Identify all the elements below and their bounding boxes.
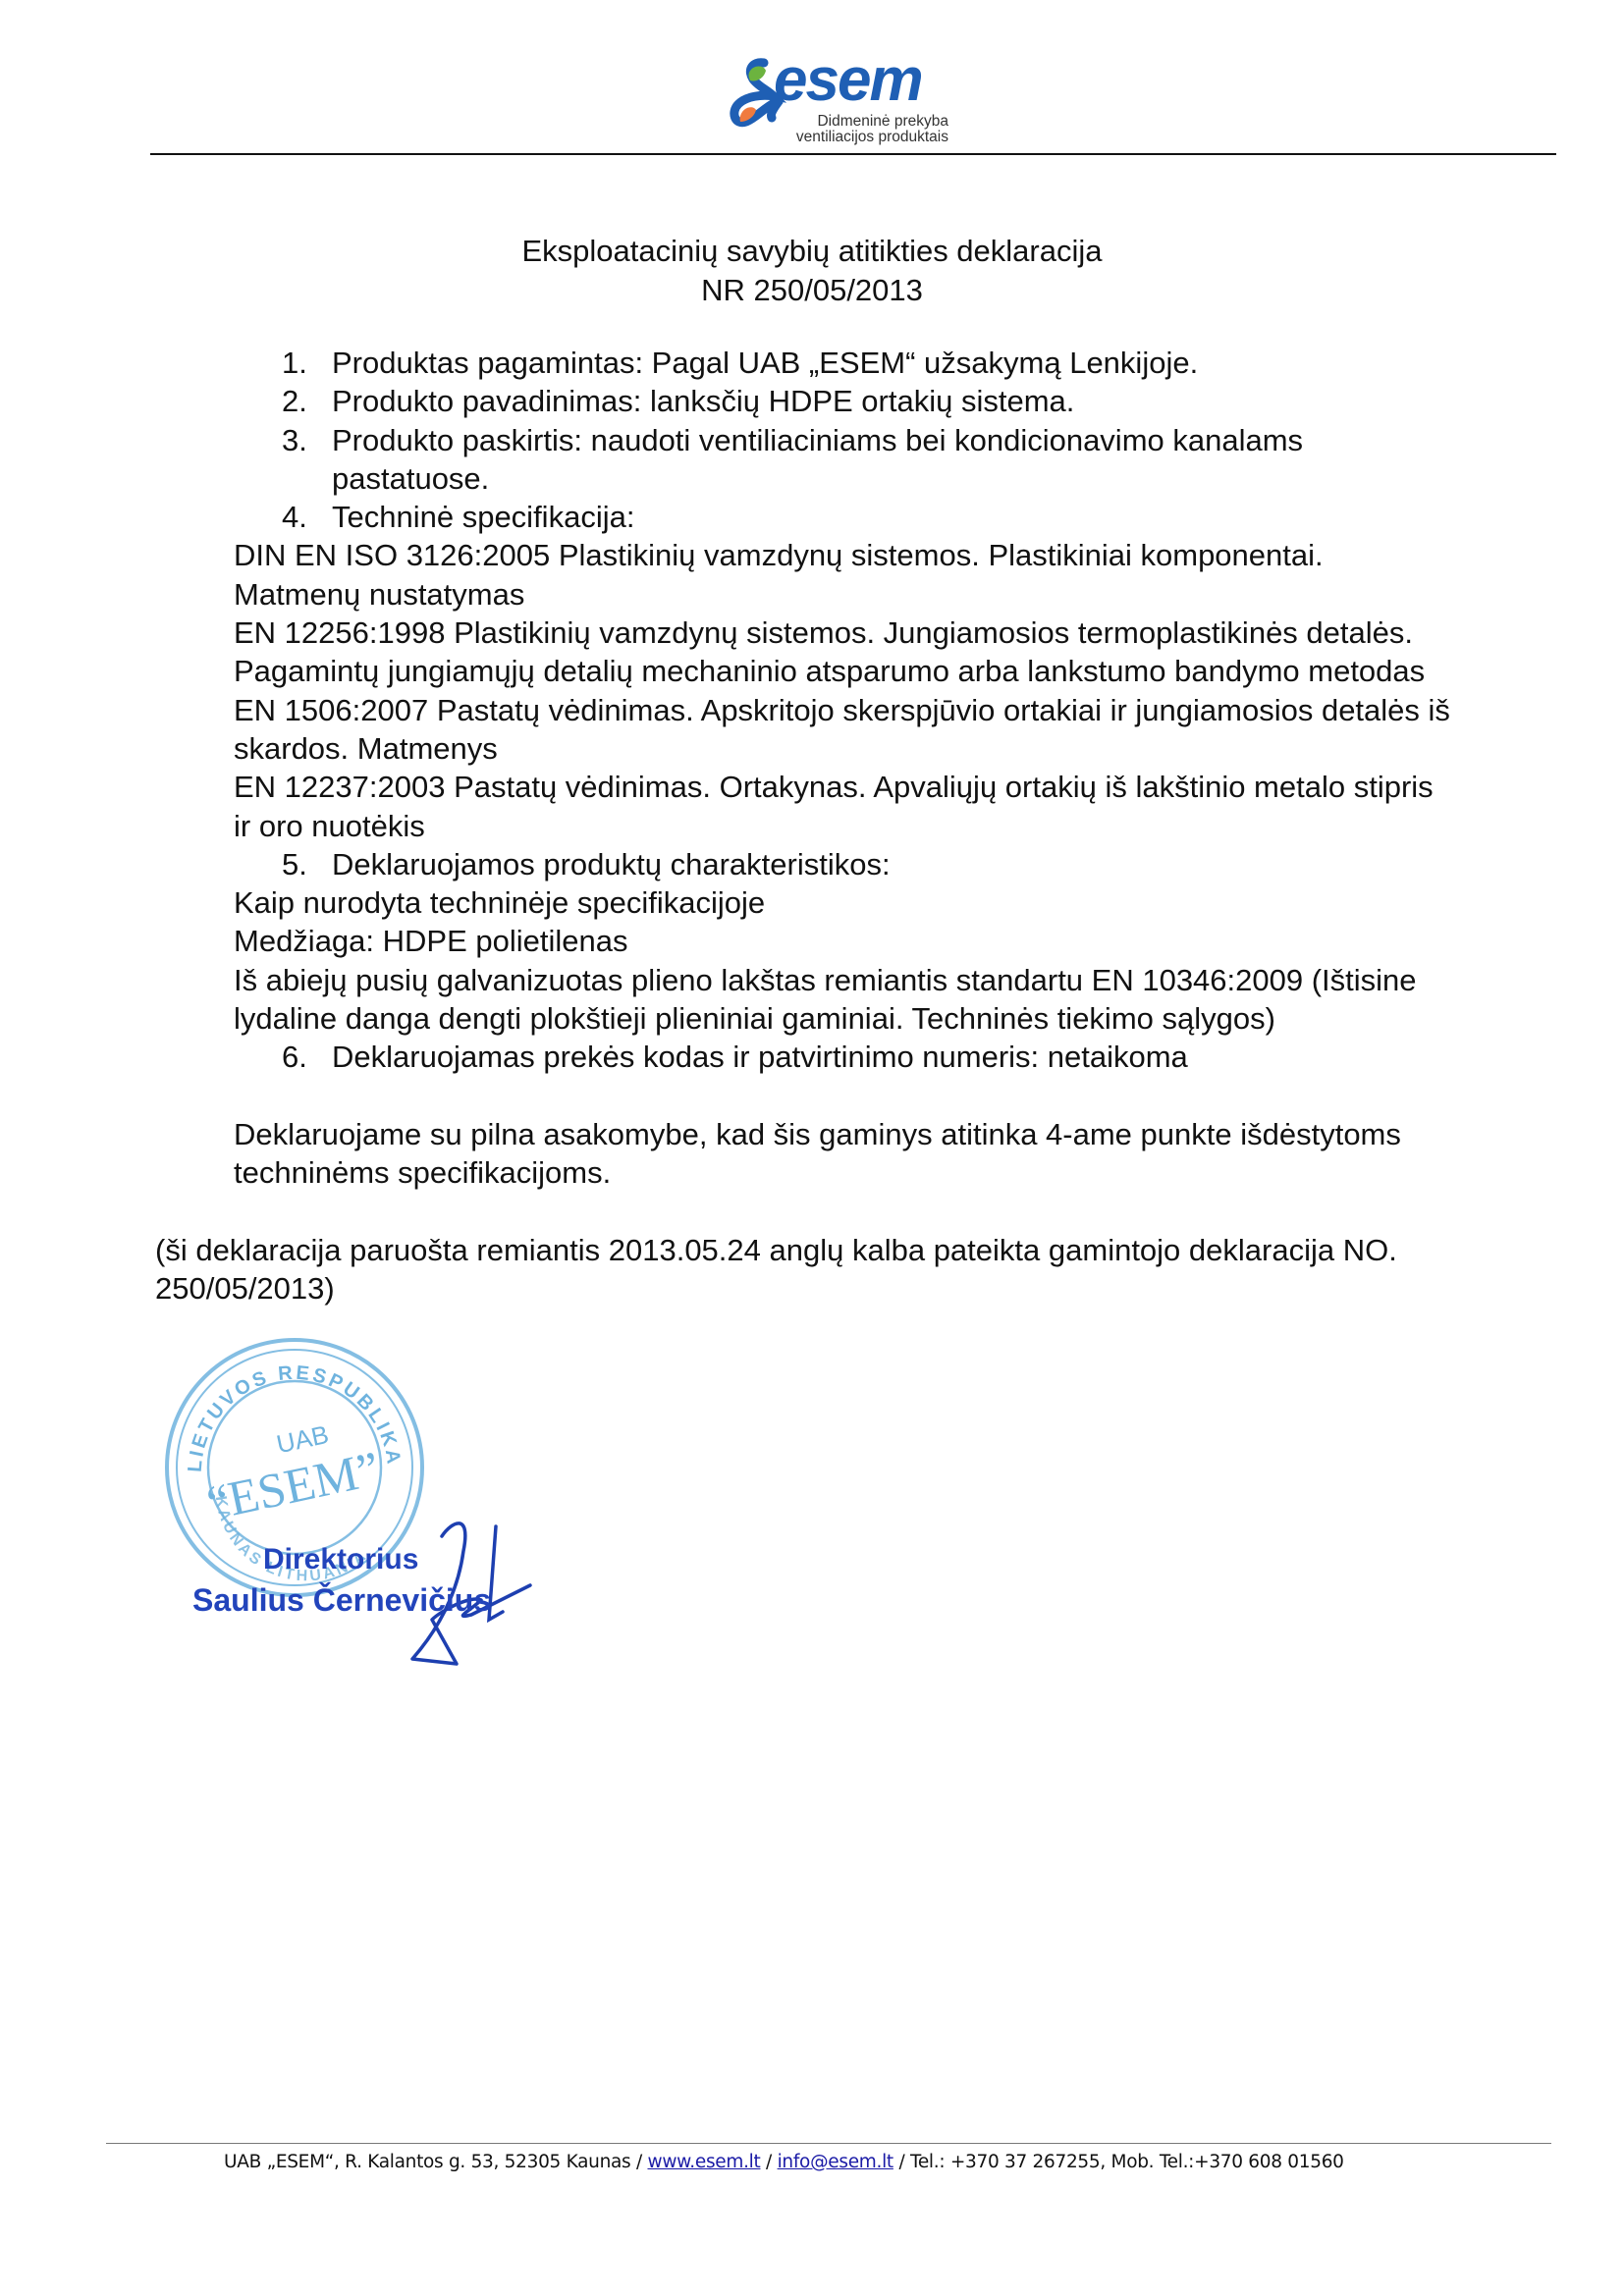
spec-line: EN 12256:1998 Plastikinių vamzdynų siste… — [0, 614, 1624, 652]
spec-text: EN 12237:2003 Pastatų vėdinimas. Ortakyn… — [234, 768, 1434, 806]
list-item-1: 1. Produktas pagamintas: Pagal UAB „ESEM… — [0, 344, 1624, 382]
spec-line: EN 1506:2007 Pastatų vėdinimas. Apskrito… — [0, 691, 1624, 729]
list-number: 4. — [282, 498, 307, 536]
spacer — [0, 1077, 1624, 1115]
declaration-line: Deklaruojame su pilna asakomybe, kad šis… — [0, 1115, 1624, 1153]
list-text: Techninė specifikacija: — [332, 498, 634, 536]
spec-line: DIN EN ISO 3126:2005 Plastikinių vamzdyn… — [0, 536, 1624, 574]
logo-tagline-line1: Didmeninė prekyba — [796, 114, 948, 130]
list-text: Deklaruojamas prekės kodas ir patvirtini… — [332, 1038, 1188, 1076]
logo-tagline: Didmeninė prekyba ventiliacijos produkta… — [796, 114, 948, 145]
header-divider — [150, 153, 1556, 155]
spec-line: EN 12237:2003 Pastatų vėdinimas. Ortakyn… — [0, 768, 1624, 806]
declaration-text: Deklaruojame su pilna asakomybe, kad šis… — [234, 1115, 1401, 1153]
note-line: 250/05/2013) — [0, 1269, 1624, 1308]
note-text: 250/05/2013) — [155, 1269, 335, 1308]
list-item-2: 2. Produkto pavadinimas: lanksčių HDPE o… — [0, 382, 1624, 420]
spec-text: Pagamintų jungiamųjų detalių mechaninio … — [234, 652, 1425, 690]
list-number: 2. — [282, 382, 307, 420]
characteristic-line: Kaip nurodyta techninėje specifikacijoje — [0, 883, 1624, 922]
footer-phones: / Tel.: +370 37 267255, Mob. Tel.:+370 6… — [893, 2152, 1344, 2172]
email-link[interactable]: info@esem.lt — [778, 2152, 893, 2172]
company-logo: esem Didmeninė prekyba ventiliacijos pro… — [725, 57, 960, 147]
document-title: Eksploatacinių savybių atitikties deklar… — [0, 232, 1624, 271]
list-text: pastatuose. — [332, 459, 489, 498]
document-number: NR 250/05/2013 — [0, 271, 1624, 310]
footer-contact: UAB „ESEM“, R. Kalantos g. 53, 52305 Kau… — [224, 2152, 1344, 2172]
characteristic-text: Kaip nurodyta techninėje specifikacijoje — [234, 883, 765, 922]
footer-separator: / — [760, 2152, 777, 2172]
list-item-3-continued: pastatuose. — [0, 459, 1624, 498]
spec-line: ir oro nuotėkis — [0, 807, 1624, 845]
list-item-6: 6. Deklaruojamas prekės kodas ir patvirt… — [0, 1038, 1624, 1076]
spec-text: Matmenų nustatymas — [234, 575, 524, 614]
spec-line: Pagamintų jungiamųjų detalių mechaninio … — [0, 652, 1624, 690]
spec-text: EN 1506:2007 Pastatų vėdinimas. Apskrito… — [234, 691, 1450, 729]
spec-text: DIN EN ISO 3126:2005 Plastikinių vamzdyn… — [234, 536, 1324, 574]
list-number: 6. — [282, 1038, 307, 1076]
spec-text: ir oro nuotėkis — [234, 807, 425, 845]
document-body: 1. Produktas pagamintas: Pagal UAB „ESEM… — [0, 344, 1624, 1308]
logo-wordmark: esem — [774, 45, 922, 115]
list-number: 5. — [282, 845, 307, 883]
signatory-title: Direktorius — [263, 1543, 418, 1576]
list-text: Produkto paskirtis: naudoti ventiliacini… — [332, 421, 1303, 459]
list-item-5: 5. Deklaruojamos produktų charakteristik… — [0, 845, 1624, 883]
spec-text: EN 12256:1998 Plastikinių vamzdynų siste… — [234, 614, 1413, 652]
list-item-4: 4. Techninė specifikacija: — [0, 498, 1624, 536]
list-number: 3. — [282, 421, 307, 459]
stamp-seal-icon: LIETUVOS RESPUBLIKA KAUNAS LITHUANIA UAB… — [147, 1325, 560, 1688]
spacer — [0, 1193, 1624, 1231]
characteristic-text: Iš abiejų pusių galvanizuotas plieno lak… — [234, 961, 1417, 999]
website-link[interactable]: www.esem.lt — [647, 2152, 760, 2172]
note-text: (ši deklaracija paruošta remiantis 2013.… — [155, 1231, 1397, 1269]
list-number: 1. — [282, 344, 307, 382]
spec-line: skardos. Matmenys — [0, 729, 1624, 768]
spec-text: skardos. Matmenys — [234, 729, 498, 768]
footer-divider — [106, 2143, 1551, 2144]
logo-tagline-line2: ventiliacijos produktais — [796, 130, 948, 145]
declaration-text: techninėms specifikacijoms. — [234, 1153, 611, 1192]
signatory-name: Saulius Černevičius — [192, 1582, 491, 1619]
characteristic-line: Iš abiejų pusių galvanizuotas plieno lak… — [0, 961, 1624, 999]
characteristic-text: Medžiaga: HDPE polietilenas — [234, 922, 628, 960]
footer-address: UAB „ESEM“, R. Kalantos g. 53, 52305 Kau… — [224, 2152, 647, 2172]
note-line: (ši deklaracija paruošta remiantis 2013.… — [0, 1231, 1624, 1269]
characteristic-line: lydaline danga dengti plokštieji plienin… — [0, 999, 1624, 1038]
company-stamp: LIETUVOS RESPUBLIKA KAUNAS LITHUANIA UAB… — [147, 1325, 560, 1688]
characteristic-line: Medžiaga: HDPE polietilenas — [0, 922, 1624, 960]
list-item-3: 3. Produkto paskirtis: naudoti ventiliac… — [0, 421, 1624, 459]
characteristic-text: lydaline danga dengti plokštieji plienin… — [234, 999, 1275, 1038]
list-text: Produkto pavadinimas: lanksčių HDPE orta… — [332, 382, 1074, 420]
spec-line: Matmenų nustatymas — [0, 575, 1624, 614]
declaration-line: techninėms specifikacijoms. — [0, 1153, 1624, 1192]
list-text: Produktas pagamintas: Pagal UAB „ESEM“ u… — [332, 344, 1198, 382]
list-text: Deklaruojamos produktų charakteristikos: — [332, 845, 891, 883]
